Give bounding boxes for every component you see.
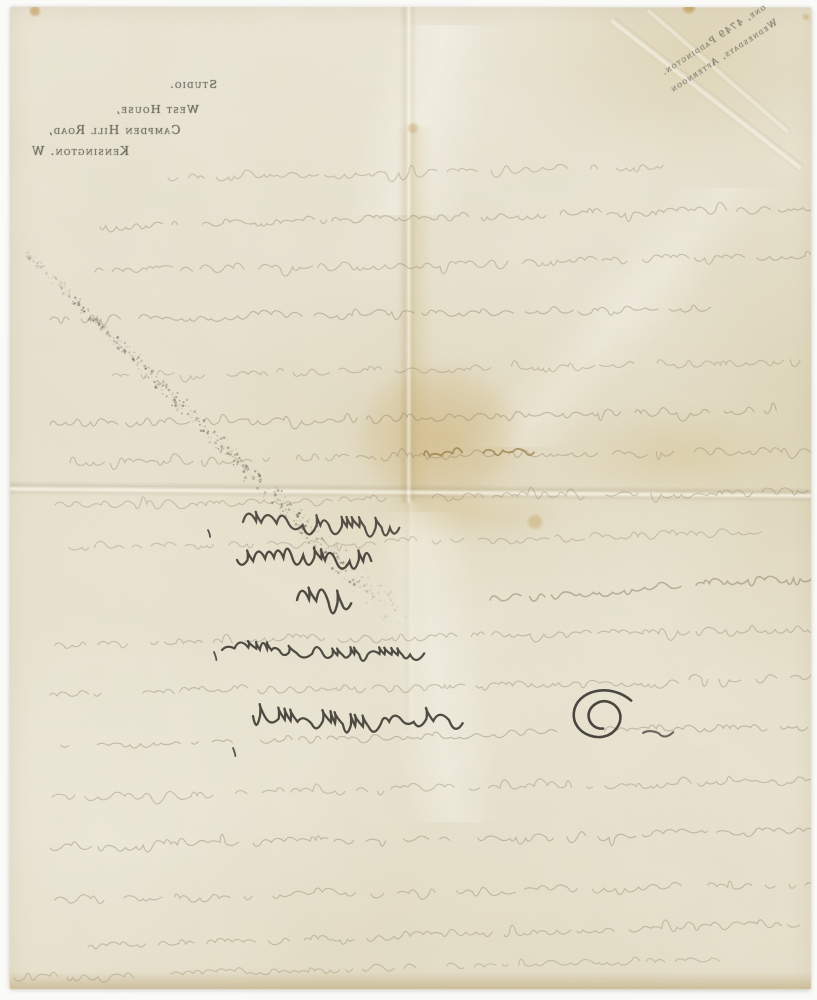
ink-layer	[0, 0, 817, 1000]
scanner-background: Studio. West House, Campden Hill Road, K…	[0, 0, 817, 1000]
